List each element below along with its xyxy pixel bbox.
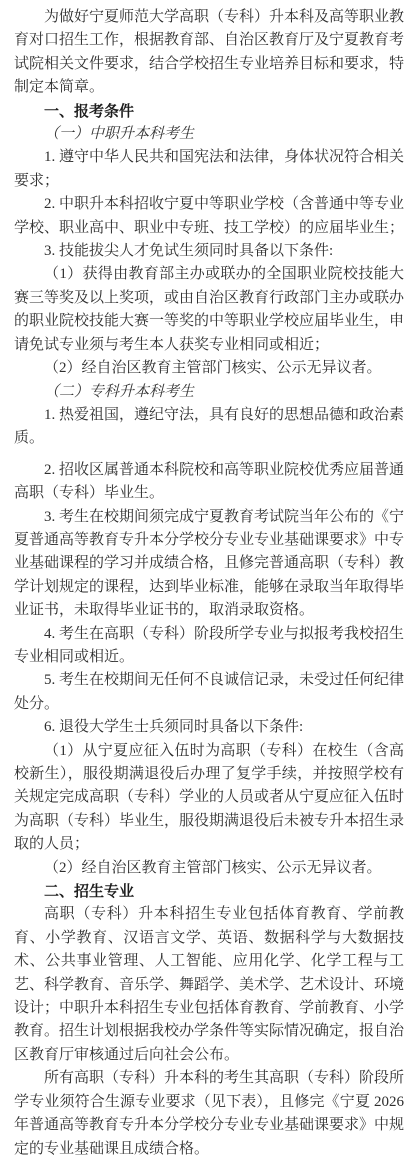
document-page: 为做好宁夏师范大学高职（专科）升本科及高等职业教育对口招生工作，根据教育部、自治…: [0, 0, 418, 1161]
section-heading: 一、报考条件: [14, 100, 404, 123]
paragraph: 为做好宁夏师范大学高职（专科）升本科及高等职业教育对口招生工作，根据教育部、自治…: [14, 6, 404, 100]
document-body: 为做好宁夏师范大学高职（专科）升本科及高等职业教育对口招生工作，根据教育部、自治…: [14, 6, 404, 1161]
paragraph: 所有高职（专科）升本科的考生其高职（专科）阶段所学专业须符合生源专业要求（见下表…: [14, 1067, 404, 1161]
paragraph: 4. 考生在高职（专科）阶段所学专业与拟报考我校招生专业相同或相近。: [14, 623, 404, 670]
paragraph: 5. 考生在校期间无任何不良诚信记录，未受过任何纪律处分。: [14, 669, 404, 716]
paragraph: 1. 热爱祖国，遵纪守法，具有良好的思想品德和政治素质。: [14, 404, 404, 451]
paragraph: 2. 招收区属普通本科院校和高等职业院校优秀应届普通高职（专科）毕业生。: [14, 459, 404, 506]
paragraph: （1）从宁夏应征入伍时为高职（专科）在校生（含高校新生），服役期满退役后办理了复…: [14, 740, 404, 857]
paragraph: 1. 遵守中华人民共和国宪法和法律，身体状况符合相关要求；: [14, 146, 404, 193]
paragraph: 高职（专科）升本科招生专业包括体育教育、学前教育、小学教育、汉语言文学、英语、数…: [14, 903, 404, 1067]
paragraph: 2. 中职升本科招收宁夏中等职业学校（含普通中等专业学校、职业高中、职业中专班、…: [14, 193, 404, 240]
paragraph: 6. 退役大学生士兵须同时具备以下条件:: [14, 716, 404, 739]
paragraph: （1）获得由教育部主办或联办的全国职业院校技能大赛三等奖及以上奖项，或由自治区教…: [14, 263, 404, 357]
paragraph: （2）经自治区教育主管部门核实、公示无异议者。: [14, 357, 404, 380]
section-heading: 二、招生专业: [14, 880, 404, 903]
paragraph: （2）经自治区教育主管部门核实、公示无异议者。: [14, 857, 404, 880]
paragraph: 3. 考生在校期间须完成宁夏教育考试院当年公布的《宁夏普通高等教育专升本分学校分…: [14, 506, 404, 623]
sub-heading: （二）专科升本科考生: [14, 381, 404, 404]
paragraph: 3. 技能拔尖人才免试生须同时具备以下条件:: [14, 240, 404, 263]
sub-heading: （一）中职升本科考生: [14, 123, 404, 146]
